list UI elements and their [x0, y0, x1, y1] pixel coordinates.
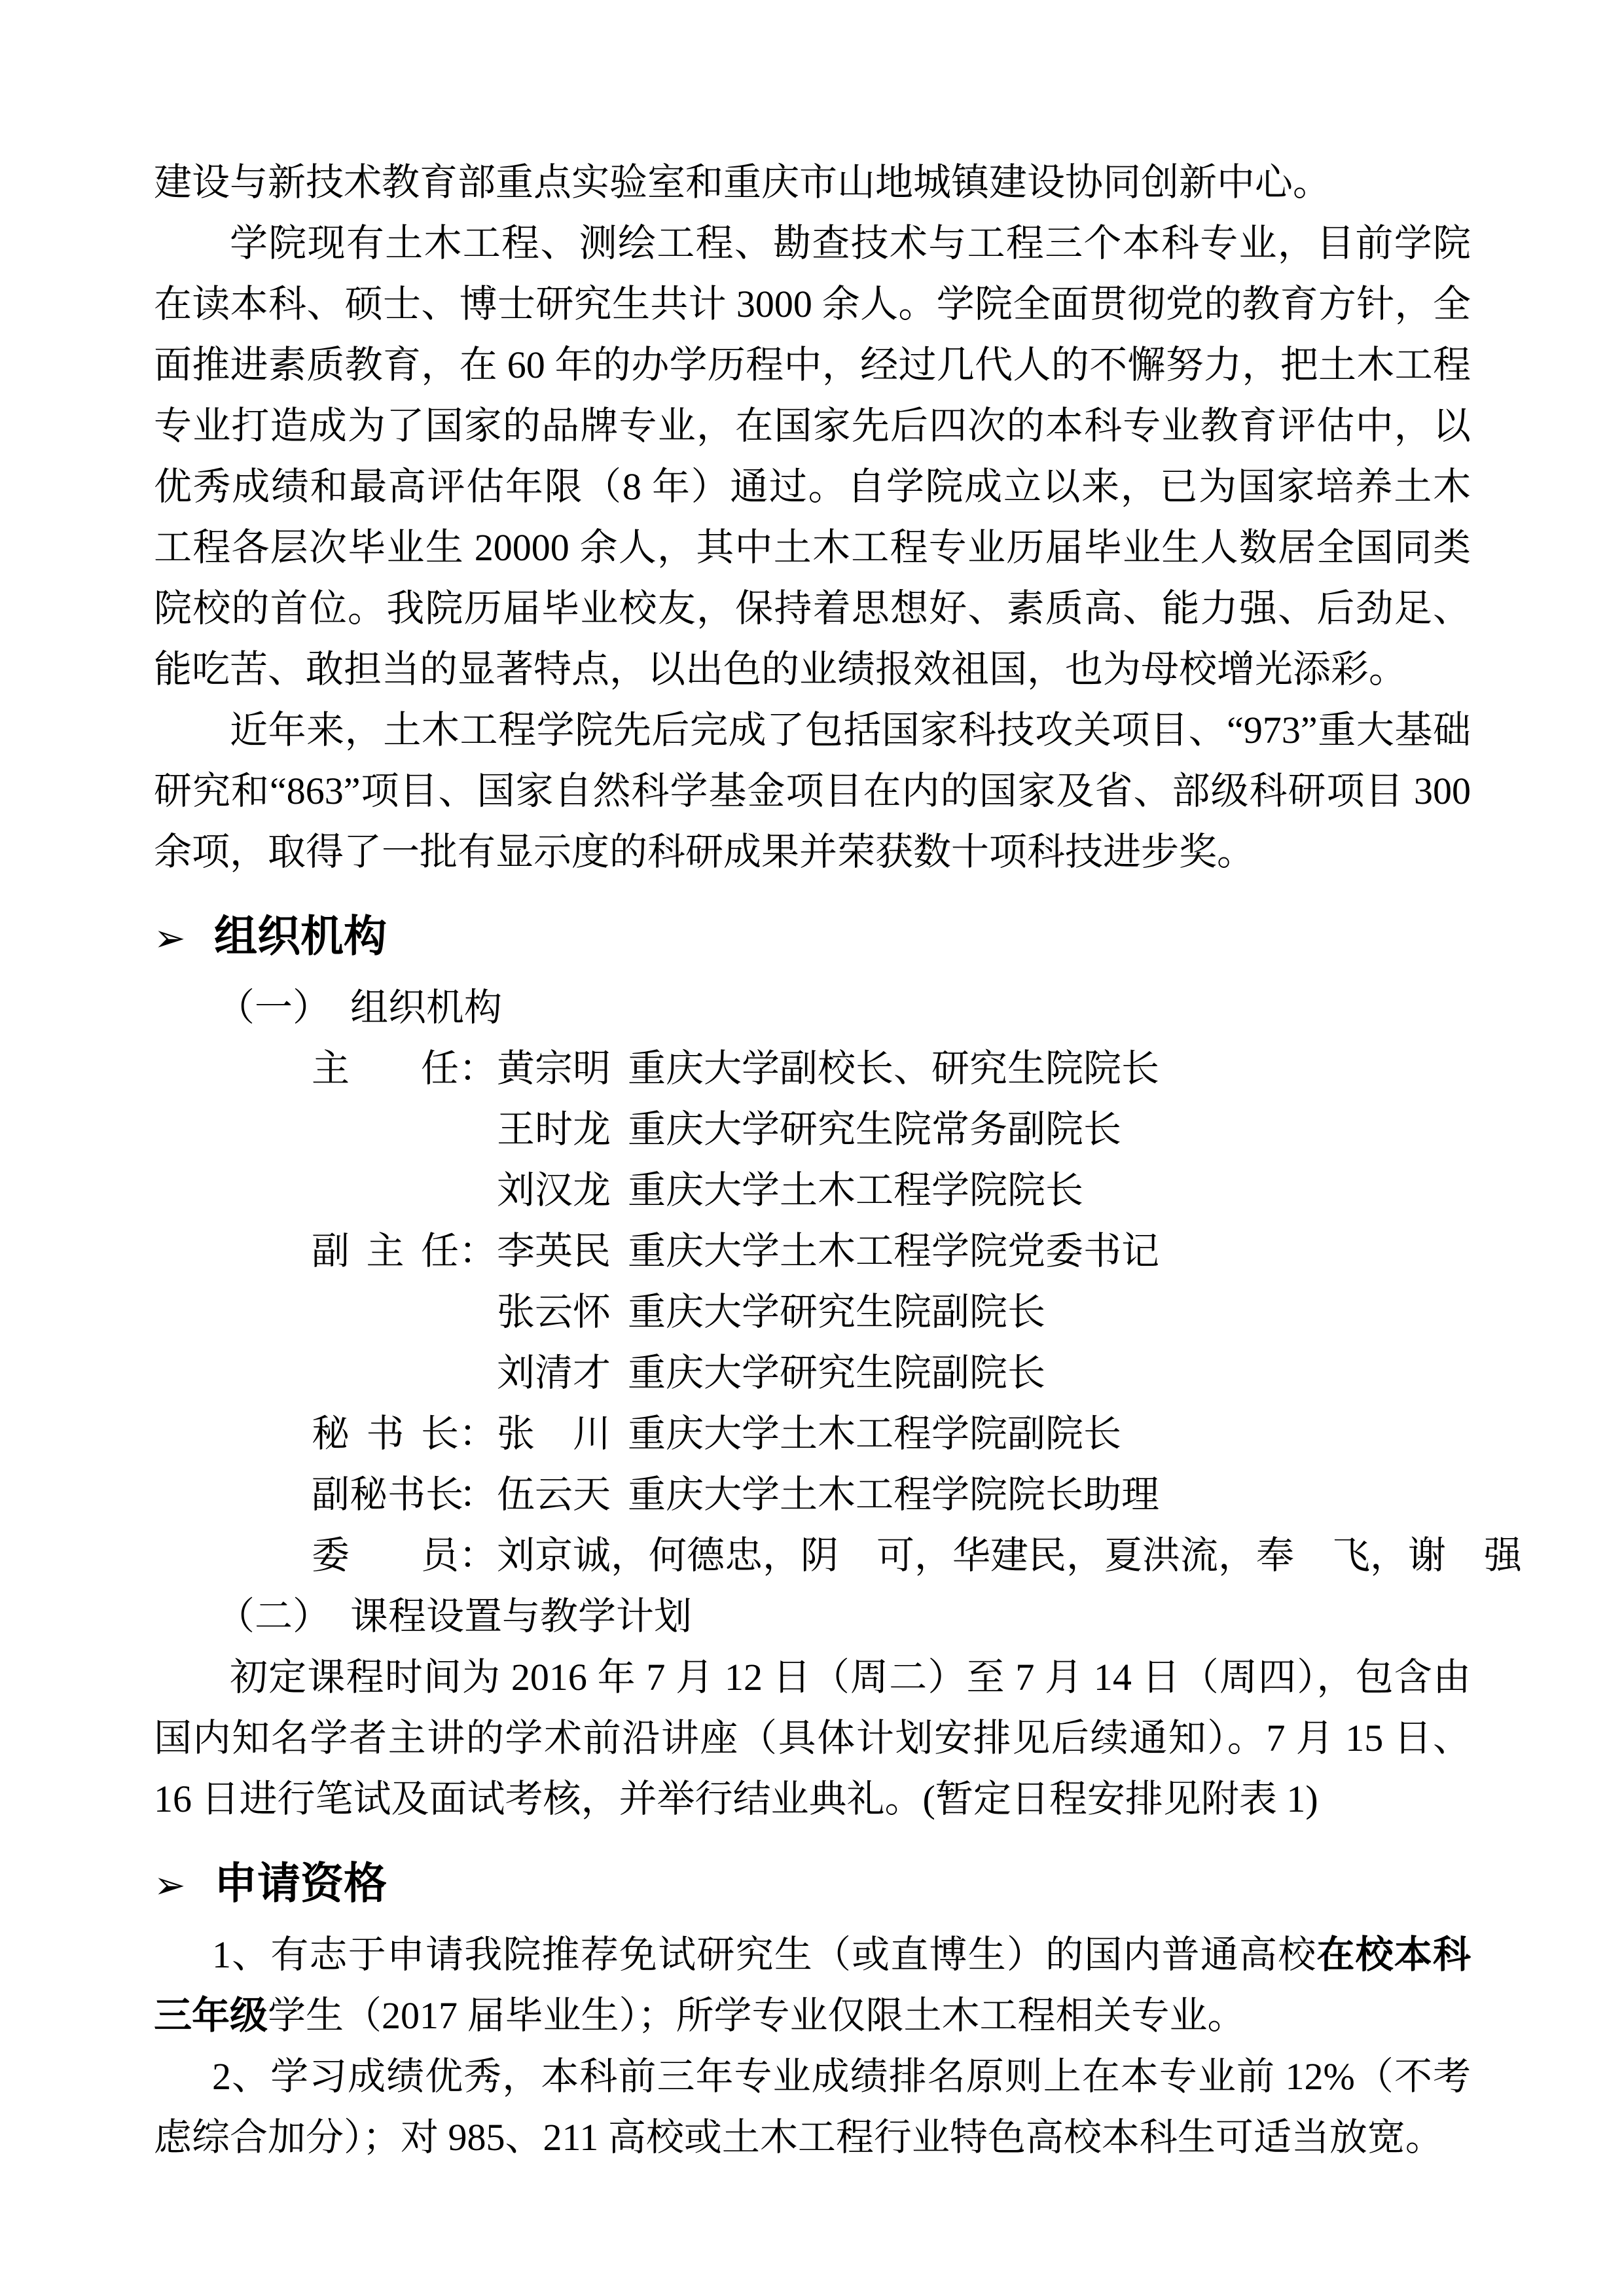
org-title: 重庆大学土木工程学院副院长: [628, 1412, 1121, 1455]
subsection-label: （二）: [217, 1595, 331, 1638]
org-title: 重庆大学研究生院常务副院长: [628, 1108, 1121, 1151]
document-content: 建设与新技术教育部重点实验室和重庆市山地城镇建设协同创新中心。 学院现有土木工程…: [154, 152, 1471, 2168]
org-role-colon: ：: [459, 1403, 497, 1464]
paragraph-continuation: 建设与新技术教育部重点实验室和重庆市山地城镇建设协同创新中心。: [154, 152, 1471, 213]
arrowhead-bullet-icon: ➢: [154, 904, 214, 972]
section-heading-organization: ➢组织机构: [154, 902, 1471, 972]
eligibility-item-2: 2、学习成绩优秀，本科前三年专业成绩排名原则上在本专业前 12%（不考虑综合加分…: [154, 2046, 1471, 2168]
org-name: 黄宗明: [497, 1047, 611, 1090]
org-role-colon: ：: [459, 1464, 497, 1525]
eligibility-item-1: 1、有志于申请我院推荐免试研究生（或直博生）的国内普通高校在校本科三年级学生（2…: [154, 1924, 1471, 2046]
org-member-row: 副秘书长：伍云天重庆大学土木工程学院院长助理: [154, 1464, 1471, 1525]
org-name: 张云怀: [497, 1291, 611, 1333]
org-name: 刘汉龙: [497, 1169, 611, 1211]
org-member-row: 王时龙重庆大学研究生院常务副院长: [154, 1099, 1471, 1160]
document-page: 建设与新技术教育部重点实验室和重庆市山地城镇建设协同创新中心。 学院现有土木工程…: [0, 0, 1624, 2296]
subsection-curriculum: （二）课程设置与教学计划: [154, 1586, 1471, 1647]
org-title: 重庆大学土木工程学院院长: [628, 1169, 1083, 1211]
org-member-row: 委员：刘京诚，何德忠，阴 可，华建民，夏洪流，奉 飞，谢 强: [154, 1525, 1471, 1586]
org-name: 王时龙: [497, 1108, 611, 1151]
org-role: 秘书长: [312, 1403, 459, 1464]
org-member-row: 刘汉龙重庆大学土木工程学院院长: [154, 1160, 1471, 1221]
org-name: 张 川: [497, 1412, 611, 1455]
org-member-row: 张云怀重庆大学研究生院副院长: [154, 1282, 1471, 1342]
org-role-colon: ：: [459, 1525, 497, 1586]
org-name: 刘清才: [497, 1352, 611, 1394]
org-role-colon: ：: [459, 1038, 497, 1099]
org-member-row: 秘书长：张 川重庆大学土木工程学院副院长: [154, 1403, 1471, 1464]
org-role: 主任: [312, 1038, 459, 1099]
org-role: 委员: [312, 1525, 459, 1586]
section-heading-eligibility: ➢申请资格: [154, 1849, 1471, 1919]
org-name: 李英民: [497, 1230, 611, 1272]
subsection-label: （一）: [217, 986, 331, 1029]
org-title: 重庆大学研究生院副院长: [628, 1352, 1045, 1394]
item-number: 2、: [212, 2055, 270, 2098]
org-member-row: 主任：黄宗明重庆大学副校长、研究生院院长: [154, 1038, 1471, 1099]
section-title-organization: 组织机构: [214, 912, 387, 960]
item-text-pre: 学习成绩优秀，本科前三年专业成绩排名原则上在本专业前 12%（不考虑综合加分）；…: [154, 2055, 1471, 2159]
org-member-row: 刘清才重庆大学研究生院副院长: [154, 1342, 1471, 1403]
org-role: 副秘书长: [312, 1464, 459, 1525]
org-member-list: 主任：黄宗明重庆大学副校长、研究生院院长 王时龙重庆大学研究生院常务副院长 刘汉…: [154, 1038, 1471, 1586]
arrowhead-bullet-icon: ➢: [154, 1851, 214, 1919]
org-role-colon: ：: [459, 1221, 497, 1282]
paragraph-college-overview: 学院现有土木工程、测绘工程、勘查技术与工程三个本科专业，目前学院在读本科、硕士、…: [154, 213, 1471, 700]
paragraph-research-achievements: 近年来，土木工程学院先后完成了包括国家科技攻关项目、“973”重大基础研究和“8…: [154, 700, 1471, 882]
org-member-row: 副主任：李英民重庆大学土木工程学院党委书记: [154, 1221, 1471, 1282]
item-number: 1、: [212, 1933, 270, 1976]
org-title: 重庆大学土木工程学院院长助理: [628, 1473, 1159, 1516]
org-name: 伍云天: [497, 1473, 611, 1516]
subsection-title: 课程设置与教学计划: [350, 1595, 692, 1638]
item-text-pre: 有志于申请我院推荐免试研究生（或直博生）的国内普通高校: [270, 1933, 1316, 1976]
org-role: 副主任: [312, 1221, 459, 1282]
org-title: 重庆大学副校长、研究生院院长: [628, 1047, 1159, 1090]
section-title-eligibility: 申请资格: [214, 1859, 387, 1907]
org-title: 重庆大学土木工程学院党委书记: [628, 1230, 1159, 1272]
item-text-post: 学生（2017 届毕业生）；所学专业仅限土木工程相关专业。: [268, 1994, 1246, 2037]
paragraph-schedule: 初定课程时间为 2016 年 7 月 12 日（周二）至 7 月 14 日（周四…: [154, 1647, 1471, 1829]
org-name: 刘京诚，何德忠，阴 可，华建民，夏洪流，奉 飞，谢 强: [497, 1534, 1522, 1577]
subsection-organization: （一）组织机构: [154, 977, 1471, 1038]
org-title: 重庆大学研究生院副院长: [628, 1291, 1045, 1333]
subsection-title: 组织机构: [350, 986, 502, 1029]
